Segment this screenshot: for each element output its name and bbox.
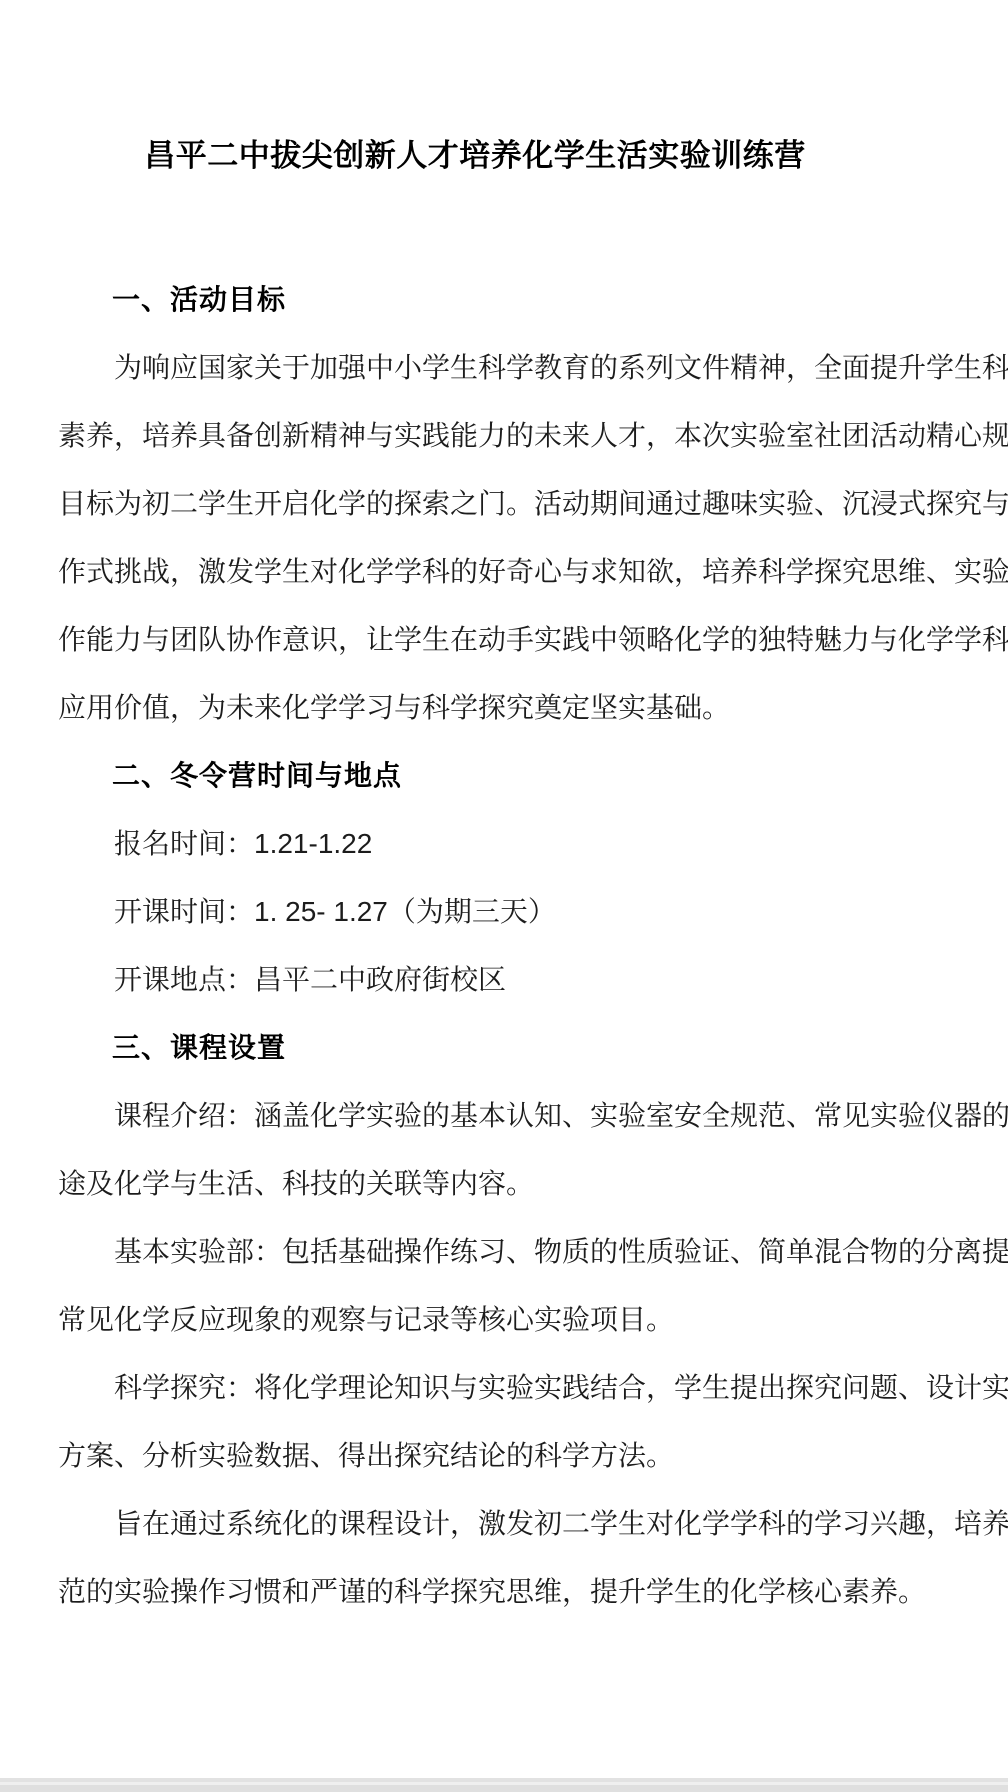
paragraph-line: 课程介绍：涵盖化学实验的基本认知、实验室安全规范、常见实验仪器的用	[58, 1082, 988, 1150]
paragraph-line: 素养，培养具备创新精神与实践能力的未来人才，本次实验室社团活动精心规划，	[58, 402, 988, 470]
paragraph-line: 为响应国家关于加强中小学生科学教育的系列文件精神，全面提升学生科学	[58, 334, 988, 402]
document-page: 昌平二中拔尖创新人才培养化学生活实验训练营 一、活动目标 为响应国家关于加强中小…	[0, 0, 1008, 1792]
paragraph-line: 基本实验部：包括基础操作练习、物质的性质验证、简单混合物的分离提纯、	[58, 1218, 988, 1286]
paragraph-line: 途及化学与生活、科技的关联等内容。	[58, 1150, 988, 1218]
paragraph-line: 应用价值，为未来化学学习与科学探究奠定坚实基础。	[58, 674, 988, 742]
paragraph-line: 范的实验操作习惯和严谨的科学探究思维，提升学生的化学核心素养。	[58, 1558, 988, 1626]
section-heading-time-location: 二、冬令营时间与地点	[58, 742, 988, 810]
document-title: 昌平二中拔尖创新人才培养化学生活实验训练营	[0, 0, 950, 178]
section-heading-activity-goals: 一、活动目标	[58, 266, 988, 334]
paragraph-line: 科学探究：将化学理论知识与实验实践结合，学生提出探究问题、设计实验	[58, 1354, 988, 1422]
document-body: 一、活动目标 为响应国家关于加强中小学生科学教育的系列文件精神，全面提升学生科学…	[0, 266, 1008, 1626]
paragraph-line: 常见化学反应现象的观察与记录等核心实验项目。	[58, 1286, 988, 1354]
paragraph-line: 作式挑战，激发学生对化学学科的好奇心与求知欲，培养科学探究思维、实验操	[58, 538, 988, 606]
paragraph-line: 目标为初二学生开启化学的探索之门。活动期间通过趣味实验、沉浸式探究与协	[58, 470, 988, 538]
section-heading-curriculum: 三、课程设置	[58, 1014, 988, 1082]
paragraph-line: 旨在通过系统化的课程设计，激发初二学生对化学学科的学习兴趣，培养规	[58, 1490, 988, 1558]
course-time-line: 开课时间：1. 25- 1.27（为期三天）	[58, 878, 988, 946]
course-location-line: 开课地点：昌平二中政府街校区	[58, 946, 988, 1014]
viewer-bottom-bar	[0, 1778, 1008, 1792]
registration-time-line: 报名时间：1.21-1.22	[58, 810, 988, 878]
paragraph-line: 作能力与团队协作意识，让学生在动手实践中领略化学的独特魅力与化学学科的	[58, 606, 988, 674]
paragraph-line: 方案、分析实验数据、得出探究结论的科学方法。	[58, 1422, 988, 1490]
